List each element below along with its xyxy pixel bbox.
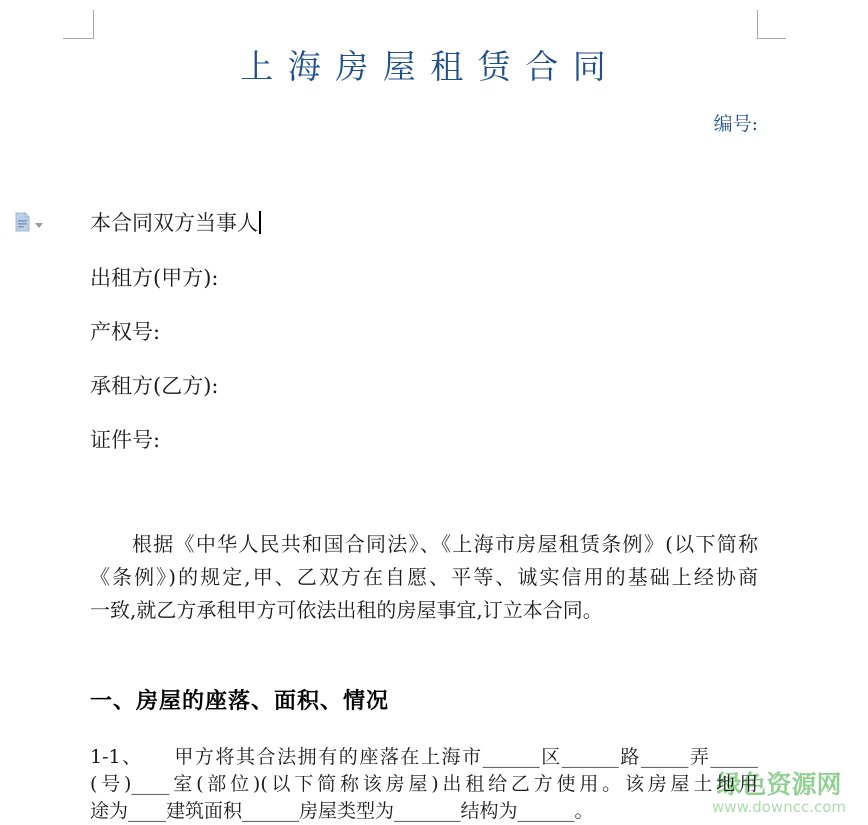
preamble-line: 一致,就乙方承租甲方可依法出租的房屋事宜,订立本合同。 bbox=[90, 594, 758, 627]
clause-1-1-paragraph: 1-1、 甲方将其合法拥有的座落在上海市______区______路_____弄… bbox=[90, 744, 758, 825]
section-1-heading: 一、房屋的座落、面积、情况 bbox=[90, 689, 758, 715]
party-line-lessee: 承租方(乙方): bbox=[90, 375, 758, 397]
party-line-property-number: 产权号: bbox=[90, 321, 758, 343]
document-content: 上 海 房 屋 租 赁 合 同 编号: 本合同双方当事人 出租方(甲方): 产权… bbox=[90, 0, 758, 825]
party-line-id-number: 证件号: bbox=[90, 429, 758, 451]
preamble-line: 根据《中华人民共和国合同法》、《上海市房屋租赁条例》(以下简称 bbox=[90, 528, 758, 561]
document-title: 上 海 房 屋 租 赁 合 同 bbox=[90, 45, 758, 89]
paste-options-icon bbox=[13, 212, 31, 236]
parties-intro-line: 本合同双方当事人 bbox=[90, 211, 758, 235]
party-line-lessor: 出租方(甲方): bbox=[90, 267, 758, 289]
chevron-down-icon bbox=[35, 223, 43, 228]
clause-1-1-line: 1-1、 甲方将其合法拥有的座落在上海市______区______路_____弄… bbox=[90, 744, 758, 771]
text-cursor bbox=[259, 211, 261, 234]
margin-corner-mark-right bbox=[757, 10, 786, 39]
clause-1-1-line: (号)____室(部位)(以下简称该房屋)出租给乙方使用。该房屋土地用 bbox=[90, 771, 758, 798]
preamble-paragraph: 根据《中华人民共和国合同法》、《上海市房屋租赁条例》(以下简称 《条例》)的规定… bbox=[90, 528, 758, 627]
parties-intro-text: 本合同双方当事人 bbox=[90, 211, 258, 235]
contract-number-label: 编号: bbox=[90, 112, 758, 136]
preamble-line: 《条例》)的规定,甲、乙双方在自愿、平等、诚实信用的基础上经协商 bbox=[90, 561, 758, 594]
paste-options-button[interactable] bbox=[13, 212, 43, 236]
document-page: 上 海 房 屋 租 赁 合 同 编号: 本合同双方当事人 出租方(甲方): 产权… bbox=[0, 0, 868, 825]
clause-1-1-line: 途为____建筑面积______房屋类型为_______结构为______。 bbox=[90, 798, 758, 825]
